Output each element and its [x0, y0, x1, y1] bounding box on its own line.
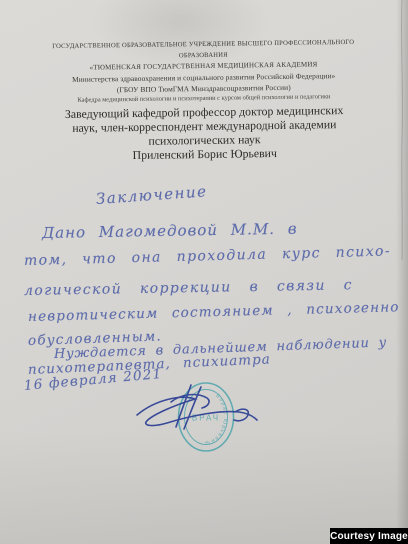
signatory-block: Заведующий кафедрой профессор доктор мед…	[0, 104, 408, 165]
courtesy-image-label: Courtesy Image	[330, 528, 408, 544]
signature	[133, 382, 261, 438]
document-photo: ГОСУДАРСТВЕННОЕ ОБРАЗОВАТЕЛЬНОЕ УЧРЕЖДЕН…	[0, 0, 408, 544]
handwritten-line: невротическим состоянием , психогенно	[28, 299, 400, 325]
handwritten-line: Дано Магомедовой М.М. в	[42, 220, 298, 242]
handwritten-line: логической коррекции в связи с	[24, 277, 353, 299]
handwritten-title: Заключение	[95, 182, 208, 208]
letterhead: ГОСУДАРСТВЕННОЕ ОБРАЗОВАТЕЛЬНОЕ УЧРЕЖДЕН…	[0, 37, 408, 165]
handwritten-line: том, что она проходила курс психо-	[24, 243, 391, 269]
